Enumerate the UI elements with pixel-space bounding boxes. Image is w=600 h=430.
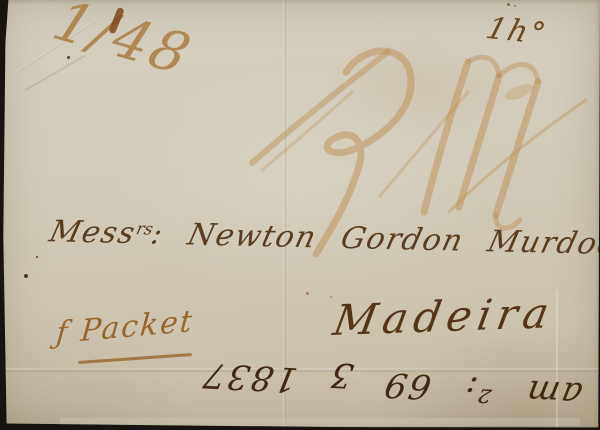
fox-spot <box>36 256 38 258</box>
packet-underline <box>78 353 192 363</box>
crease-vertical-right <box>556 290 558 430</box>
address-line: Messrs: Newton Gordon Murdoch &co. <box>46 214 600 264</box>
docket-upside-down: am ²: 69 ʒ 1837 <box>258 358 585 414</box>
crease-vertical-center <box>283 0 286 430</box>
address-salutation-sup: rs <box>134 219 155 238</box>
fox-spot <box>24 274 28 278</box>
letter-sheet: 1/48 1h° Messrs: Newton Gordon Murdoch &… <box>0 0 600 430</box>
fox-spot <box>514 5 516 7</box>
fox-spot <box>306 292 309 295</box>
crease-horizontal-bottom <box>0 368 600 372</box>
crease-bottom-light-band <box>60 418 580 426</box>
address-salutation: Mess <box>46 214 139 251</box>
manuscript-rate-top-left: 1/48 <box>44 0 201 88</box>
per-packet-note: ƒ Packet <box>55 304 196 351</box>
address-name: : Newton Gordon Murdoch &c <box>148 217 600 264</box>
letter-photo: 1/48 1h° Messrs: Newton Gordon Murdoch &… <box>0 0 600 430</box>
fox-spot <box>330 296 332 298</box>
fox-spot <box>67 56 70 59</box>
large-rate-mark <box>0 0 600 430</box>
destination-madeira: Madeira <box>330 288 559 345</box>
ink-accent-blob <box>108 7 125 35</box>
manuscript-number-top-right: 1h° <box>482 11 551 51</box>
crease-diagonal-top-left <box>15 20 96 73</box>
crease-diagonal-top-left-2 <box>24 55 86 92</box>
fox-spot <box>507 3 510 6</box>
